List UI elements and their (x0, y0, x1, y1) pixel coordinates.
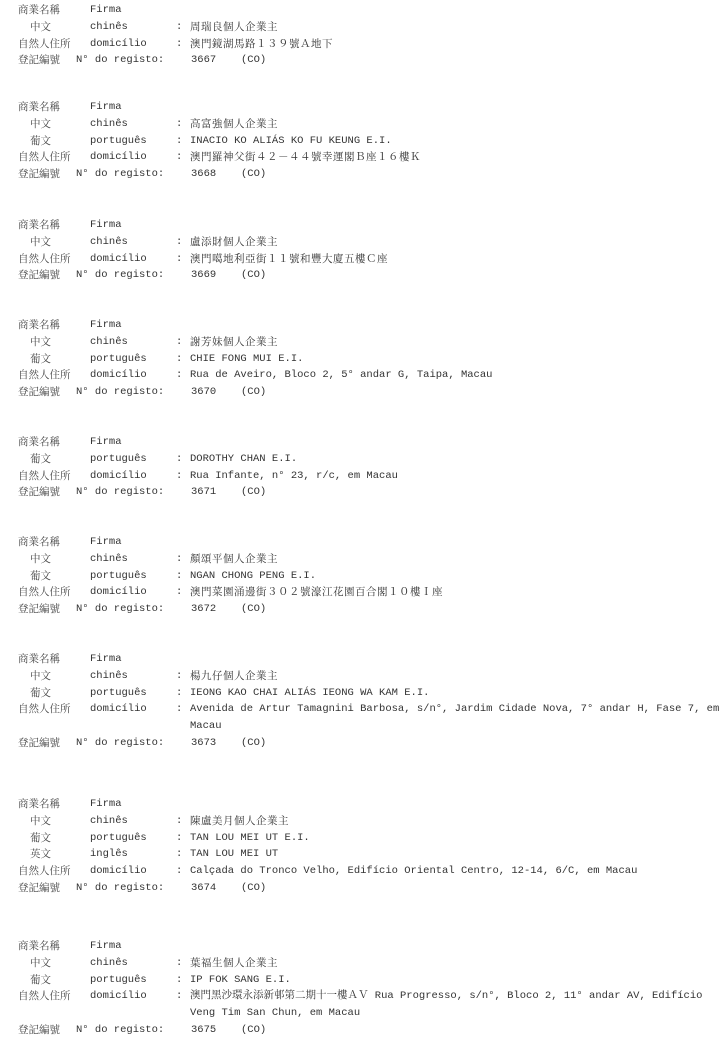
firm-label-pt: Firma (90, 99, 176, 116)
portuguese-name: IP FOK SANG E.I. (190, 972, 291, 989)
registry-suffix: (CO) (233, 52, 266, 69)
registry-label-zh: 登記編號 (18, 52, 76, 69)
portuguese-label-zh: 葡文 (18, 133, 90, 150)
english-name: TAN LOU MEI UT (190, 846, 278, 863)
registry-number: 3670 (183, 384, 233, 401)
separator: : (176, 367, 190, 384)
domicile-row: 自然人住所 domicílio : Calçada do Tronco Velh… (18, 863, 718, 880)
chinese-name-row: 中文 chinês : 周瑞良個人企業主 (18, 19, 718, 36)
chinese-name-row: 中文 chinês : 葉福生個人企業主 (18, 955, 718, 972)
registry-label-pt: N° do registo: (76, 735, 183, 752)
firm-label-pt: Firma (90, 796, 176, 813)
separator: : (176, 584, 190, 601)
firm-header-row: 商業名稱 Firma (18, 938, 718, 955)
firm-label-pt: Firma (90, 217, 176, 234)
registry-label-pt: N° do registo: (76, 52, 183, 69)
chinese-label-pt: chinês (90, 116, 176, 133)
separator: : (176, 116, 190, 133)
registry-row: 登記編號 N° do registo: 3674 (CO) (18, 880, 718, 897)
domicile-row: 自然人住所 domicílio : Avenida de Artur Tamag… (18, 701, 718, 735)
firm-label-pt: Firma (90, 938, 176, 955)
chinese-label-pt: chinês (90, 551, 176, 568)
registry-suffix: (CO) (233, 166, 266, 183)
registry-label-zh: 登記編號 (18, 384, 76, 401)
domicile-value: Rua Infante, n° 23, r/c, em Macau (190, 468, 398, 485)
separator: : (176, 668, 190, 685)
portuguese-label-zh: 葡文 (18, 451, 90, 468)
chinese-label-zh: 中文 (18, 813, 90, 830)
registry-label-pt: N° do registo: (76, 880, 183, 897)
registry-suffix: (CO) (233, 735, 266, 752)
portuguese-label-zh: 葡文 (18, 972, 90, 989)
portuguese-label-zh: 葡文 (18, 685, 90, 702)
portuguese-name: NGAN CHONG PENG E.I. (190, 568, 316, 585)
chinese-name: 謝芳妹個人企業主 (190, 334, 278, 351)
domicile-value: Avenida de Artur Tamagnini Barbosa, s/n°… (190, 701, 725, 735)
registry-label-zh: 登記編號 (18, 166, 76, 183)
registry-number: 3675 (183, 1022, 233, 1039)
domicile-value: Calçada do Tronco Velho, Edifício Orient… (190, 863, 637, 880)
separator: : (176, 830, 190, 847)
registry-label-pt: N° do registo: (76, 166, 183, 183)
separator: : (176, 988, 190, 1022)
domicile-label-pt: domicílio (90, 36, 176, 53)
domicile-row: 自然人住所 domicílio : Rua de Aveiro, Bloco 2… (18, 367, 718, 384)
firm-header-row: 商業名稱 Firma (18, 651, 718, 668)
registry-entry: 商業名稱 Firma 中文 chinês : 周瑞良個人企業主 自然人住所 do… (18, 2, 718, 69)
chinese-name-row: 中文 chinês : 陳盧美月個人企業主 (18, 813, 718, 830)
portuguese-label-pt: português (90, 830, 176, 847)
domicile-label-zh: 自然人住所 (18, 149, 90, 166)
portuguese-name: TAN LOU MEI UT E.I. (190, 830, 310, 847)
domicile-label-zh: 自然人住所 (18, 251, 90, 268)
chinese-name-row: 中文 chinês : 顏頌平個人企業主 (18, 551, 718, 568)
separator: : (176, 334, 190, 351)
registry-row: 登記編號 N° do registo: 3672 (CO) (18, 601, 718, 618)
registry-label-zh: 登記編號 (18, 601, 76, 618)
separator: : (176, 468, 190, 485)
firm-label-zh: 商業名稱 (18, 99, 90, 116)
firm-label-pt: Firma (90, 317, 176, 334)
portuguese-name-row: 葡文 português : INACIO KO ALIÁS KO FU KEU… (18, 133, 718, 150)
registry-number: 3667 (183, 52, 233, 69)
separator: : (176, 234, 190, 251)
chinese-name-row: 中文 chinês : 高富強個人企業主 (18, 116, 718, 133)
separator: : (176, 846, 190, 863)
domicile-label-zh: 自然人住所 (18, 36, 90, 53)
registry-suffix: (CO) (233, 484, 266, 501)
firm-label-zh: 商業名稱 (18, 938, 90, 955)
registry-entry: 商業名稱 Firma 中文 chinês : 楊九仔個人企業主 葡文 portu… (18, 651, 718, 752)
separator: : (176, 972, 190, 989)
separator: : (176, 551, 190, 568)
separator: : (176, 568, 190, 585)
registry-label-pt: N° do registo: (76, 1022, 183, 1039)
domicile-label-pt: domicílio (90, 988, 176, 1022)
separator: : (176, 701, 190, 735)
portuguese-label-zh: 葡文 (18, 568, 90, 585)
firm-header-row: 商業名稱 Firma (18, 534, 718, 551)
chinese-label-zh: 中文 (18, 334, 90, 351)
domicile-label-pt: domicílio (90, 584, 176, 601)
portuguese-name: IEONG KAO CHAI ALIÁS IEONG WA KAM E.I. (190, 685, 429, 702)
separator: : (176, 955, 190, 972)
registry-suffix: (CO) (233, 880, 266, 897)
domicile-value: 澳門菜園涌邊街３０２號濠江花園百合閣１０樓Ｉ座 (190, 584, 443, 601)
separator: : (176, 19, 190, 36)
portuguese-label-pt: português (90, 351, 176, 368)
registry-number: 3669 (183, 267, 233, 284)
registry-row: 登記編號 N° do registo: 3675 (CO) (18, 1022, 718, 1039)
portuguese-name: DOROTHY CHAN E.I. (190, 451, 297, 468)
separator: : (176, 133, 190, 150)
registry-suffix: (CO) (233, 267, 266, 284)
registry-label-zh: 登記編號 (18, 735, 76, 752)
firm-label-zh: 商業名稱 (18, 651, 90, 668)
registry-label-pt: N° do registo: (76, 384, 183, 401)
portuguese-name-row: 葡文 português : IEONG KAO CHAI ALIÁS IEON… (18, 685, 718, 702)
chinese-name: 周瑞良個人企業主 (190, 19, 278, 36)
registry-row: 登記編號 N° do registo: 3673 (CO) (18, 735, 718, 752)
portuguese-label-pt: português (90, 451, 176, 468)
registry-number: 3673 (183, 735, 233, 752)
separator: : (176, 36, 190, 53)
registry-label-pt: N° do registo: (76, 267, 183, 284)
chinese-label-pt: chinês (90, 334, 176, 351)
registry-label-zh: 登記編號 (18, 1022, 76, 1039)
domicile-label-zh: 自然人住所 (18, 367, 90, 384)
firm-header-row: 商業名稱 Firma (18, 217, 718, 234)
chinese-label-zh: 中文 (18, 116, 90, 133)
domicile-row: 自然人住所 domicílio : 澳門噶地利亞街１１號和豐大廈五樓Ｃ座 (18, 251, 718, 268)
chinese-label-pt: chinês (90, 234, 176, 251)
chinese-name: 陳盧美月個人企業主 (190, 813, 289, 830)
domicile-row: 自然人住所 domicílio : Rua Infante, n° 23, r/… (18, 468, 718, 485)
registry-label-zh: 登記編號 (18, 267, 76, 284)
chinese-label-pt: chinês (90, 19, 176, 36)
chinese-name: 楊九仔個人企業主 (190, 668, 278, 685)
chinese-label-pt: chinês (90, 813, 176, 830)
chinese-label-pt: chinês (90, 955, 176, 972)
chinese-name: 盧添財個人企業主 (190, 234, 278, 251)
chinese-name-row: 中文 chinês : 盧添財個人企業主 (18, 234, 718, 251)
registry-number: 3672 (183, 601, 233, 618)
firm-label-zh: 商業名稱 (18, 2, 90, 19)
registry-label-pt: N° do registo: (76, 484, 183, 501)
chinese-name-row: 中文 chinês : 謝芳妹個人企業主 (18, 334, 718, 351)
domicile-value: 澳門噶地利亞街１１號和豐大廈五樓Ｃ座 (190, 251, 388, 268)
chinese-name-row: 中文 chinês : 楊九仔個人企業主 (18, 668, 718, 685)
domicile-row: 自然人住所 domicílio : 澳門菜園涌邊街３０２號濠江花園百合閣１０樓Ｉ… (18, 584, 718, 601)
portuguese-name: INACIO KO ALIÁS KO FU KEUNG E.I. (190, 133, 392, 150)
firm-label-zh: 商業名稱 (18, 217, 90, 234)
domicile-row: 自然人住所 domicílio : 澳門黑沙環永添新邨第二期十一樓ＡＶ Rua … (18, 988, 718, 1022)
portuguese-name-row: 葡文 português : TAN LOU MEI UT E.I. (18, 830, 718, 847)
portuguese-name-row: 葡文 português : CHIE FONG MUI E.I. (18, 351, 718, 368)
domicile-label-zh: 自然人住所 (18, 584, 90, 601)
portuguese-label-pt: português (90, 133, 176, 150)
domicile-value: 澳門黑沙環永添新邨第二期十一樓ＡＶ Rua Progresso, s/n°, B… (190, 988, 725, 1022)
separator: : (176, 251, 190, 268)
separator: : (176, 451, 190, 468)
registry-number: 3671 (183, 484, 233, 501)
chinese-label-zh: 中文 (18, 551, 90, 568)
domicile-label-pt: domicílio (90, 468, 176, 485)
registry-label-zh: 登記編號 (18, 880, 76, 897)
firm-header-row: 商業名稱 Firma (18, 317, 718, 334)
registry-row: 登記編號 N° do registo: 3669 (CO) (18, 267, 718, 284)
domicile-value: 澳門羅神父街４２－４４號幸運閣Ｂ座１６樓Ｋ (190, 149, 421, 166)
domicile-row: 自然人住所 domicílio : 澳門羅神父街４２－４４號幸運閣Ｂ座１６樓Ｋ (18, 149, 718, 166)
firm-label-pt: Firma (90, 434, 176, 451)
chinese-label-zh: 中文 (18, 668, 90, 685)
registry-row: 登記編號 N° do registo: 3671 (CO) (18, 484, 718, 501)
domicile-label-pt: domicílio (90, 701, 176, 735)
registry-number: 3674 (183, 880, 233, 897)
english-label-zh: 英文 (18, 846, 90, 863)
separator: : (176, 813, 190, 830)
registry-entry: 商業名稱 Firma 葡文 português : DOROTHY CHAN E… (18, 434, 718, 501)
domicile-label-zh: 自然人住所 (18, 468, 90, 485)
firm-header-row: 商業名稱 Firma (18, 2, 718, 19)
registry-suffix: (CO) (233, 1022, 266, 1039)
firm-label-zh: 商業名稱 (18, 317, 90, 334)
portuguese-label-zh: 葡文 (18, 351, 90, 368)
chinese-label-zh: 中文 (18, 234, 90, 251)
registry-entry: 商業名稱 Firma 中文 chinês : 盧添財個人企業主 自然人住所 do… (18, 217, 718, 284)
domicile-label-pt: domicílio (90, 149, 176, 166)
portuguese-label-pt: português (90, 685, 176, 702)
domicile-label-pt: domicílio (90, 863, 176, 880)
registry-row: 登記編號 N° do registo: 3670 (CO) (18, 384, 718, 401)
portuguese-label-pt: português (90, 972, 176, 989)
registry-entry: 商業名稱 Firma 中文 chinês : 謝芳妹個人企業主 葡文 portu… (18, 317, 718, 401)
firm-label-pt: Firma (90, 534, 176, 551)
chinese-label-pt: chinês (90, 668, 176, 685)
domicile-row: 自然人住所 domicílio : 澳門鏡湖馬路１３９號Ａ地下 (18, 36, 718, 53)
domicile-label-zh: 自然人住所 (18, 863, 90, 880)
domicile-label-zh: 自然人住所 (18, 701, 90, 735)
chinese-name: 葉福生個人企業主 (190, 955, 278, 972)
firm-header-row: 商業名稱 Firma (18, 796, 718, 813)
firm-label-zh: 商業名稱 (18, 796, 90, 813)
english-label-pt: inglês (90, 846, 176, 863)
registry-row: 登記編號 N° do registo: 3667 (CO) (18, 52, 718, 69)
portuguese-name-row: 葡文 português : DOROTHY CHAN E.I. (18, 451, 718, 468)
separator: : (176, 351, 190, 368)
firm-label-pt: Firma (90, 651, 176, 668)
registry-label-pt: N° do registo: (76, 601, 183, 618)
domicile-value: Rua de Aveiro, Bloco 2, 5° andar G, Taip… (190, 367, 492, 384)
chinese-name: 顏頌平個人企業主 (190, 551, 278, 568)
domicile-label-pt: domicílio (90, 251, 176, 268)
portuguese-name: CHIE FONG MUI E.I. (190, 351, 303, 368)
chinese-name: 高富強個人企業主 (190, 116, 278, 133)
english-name-row: 英文 inglês : TAN LOU MEI UT (18, 846, 718, 863)
firm-label-zh: 商業名稱 (18, 434, 90, 451)
separator: : (176, 685, 190, 702)
registry-suffix: (CO) (233, 384, 266, 401)
chinese-label-zh: 中文 (18, 19, 90, 36)
registry-entry: 商業名稱 Firma 中文 chinês : 葉福生個人企業主 葡文 portu… (18, 938, 718, 1039)
registry-entry: 商業名稱 Firma 中文 chinês : 高富強個人企業主 葡文 portu… (18, 99, 718, 183)
registry-entry: 商業名稱 Firma 中文 chinês : 顏頌平個人企業主 葡文 portu… (18, 534, 718, 618)
firm-header-row: 商業名稱 Firma (18, 99, 718, 116)
portuguese-name-row: 葡文 português : NGAN CHONG PENG E.I. (18, 568, 718, 585)
portuguese-label-zh: 葡文 (18, 830, 90, 847)
domicile-label-pt: domicílio (90, 367, 176, 384)
domicile-value: 澳門鏡湖馬路１３９號Ａ地下 (190, 36, 333, 53)
domicile-label-zh: 自然人住所 (18, 988, 90, 1022)
chinese-label-zh: 中文 (18, 955, 90, 972)
registry-label-zh: 登記編號 (18, 484, 76, 501)
registry-entry: 商業名稱 Firma 中文 chinês : 陳盧美月個人企業主 葡文 port… (18, 796, 718, 897)
portuguese-label-pt: português (90, 568, 176, 585)
registry-suffix: (CO) (233, 601, 266, 618)
firm-label-pt: Firma (90, 2, 176, 19)
portuguese-name-row: 葡文 português : IP FOK SANG E.I. (18, 972, 718, 989)
registry-row: 登記編號 N° do registo: 3668 (CO) (18, 166, 718, 183)
registry-number: 3668 (183, 166, 233, 183)
separator: : (176, 149, 190, 166)
firm-header-row: 商業名稱 Firma (18, 434, 718, 451)
firm-label-zh: 商業名稱 (18, 534, 90, 551)
separator: : (176, 863, 190, 880)
